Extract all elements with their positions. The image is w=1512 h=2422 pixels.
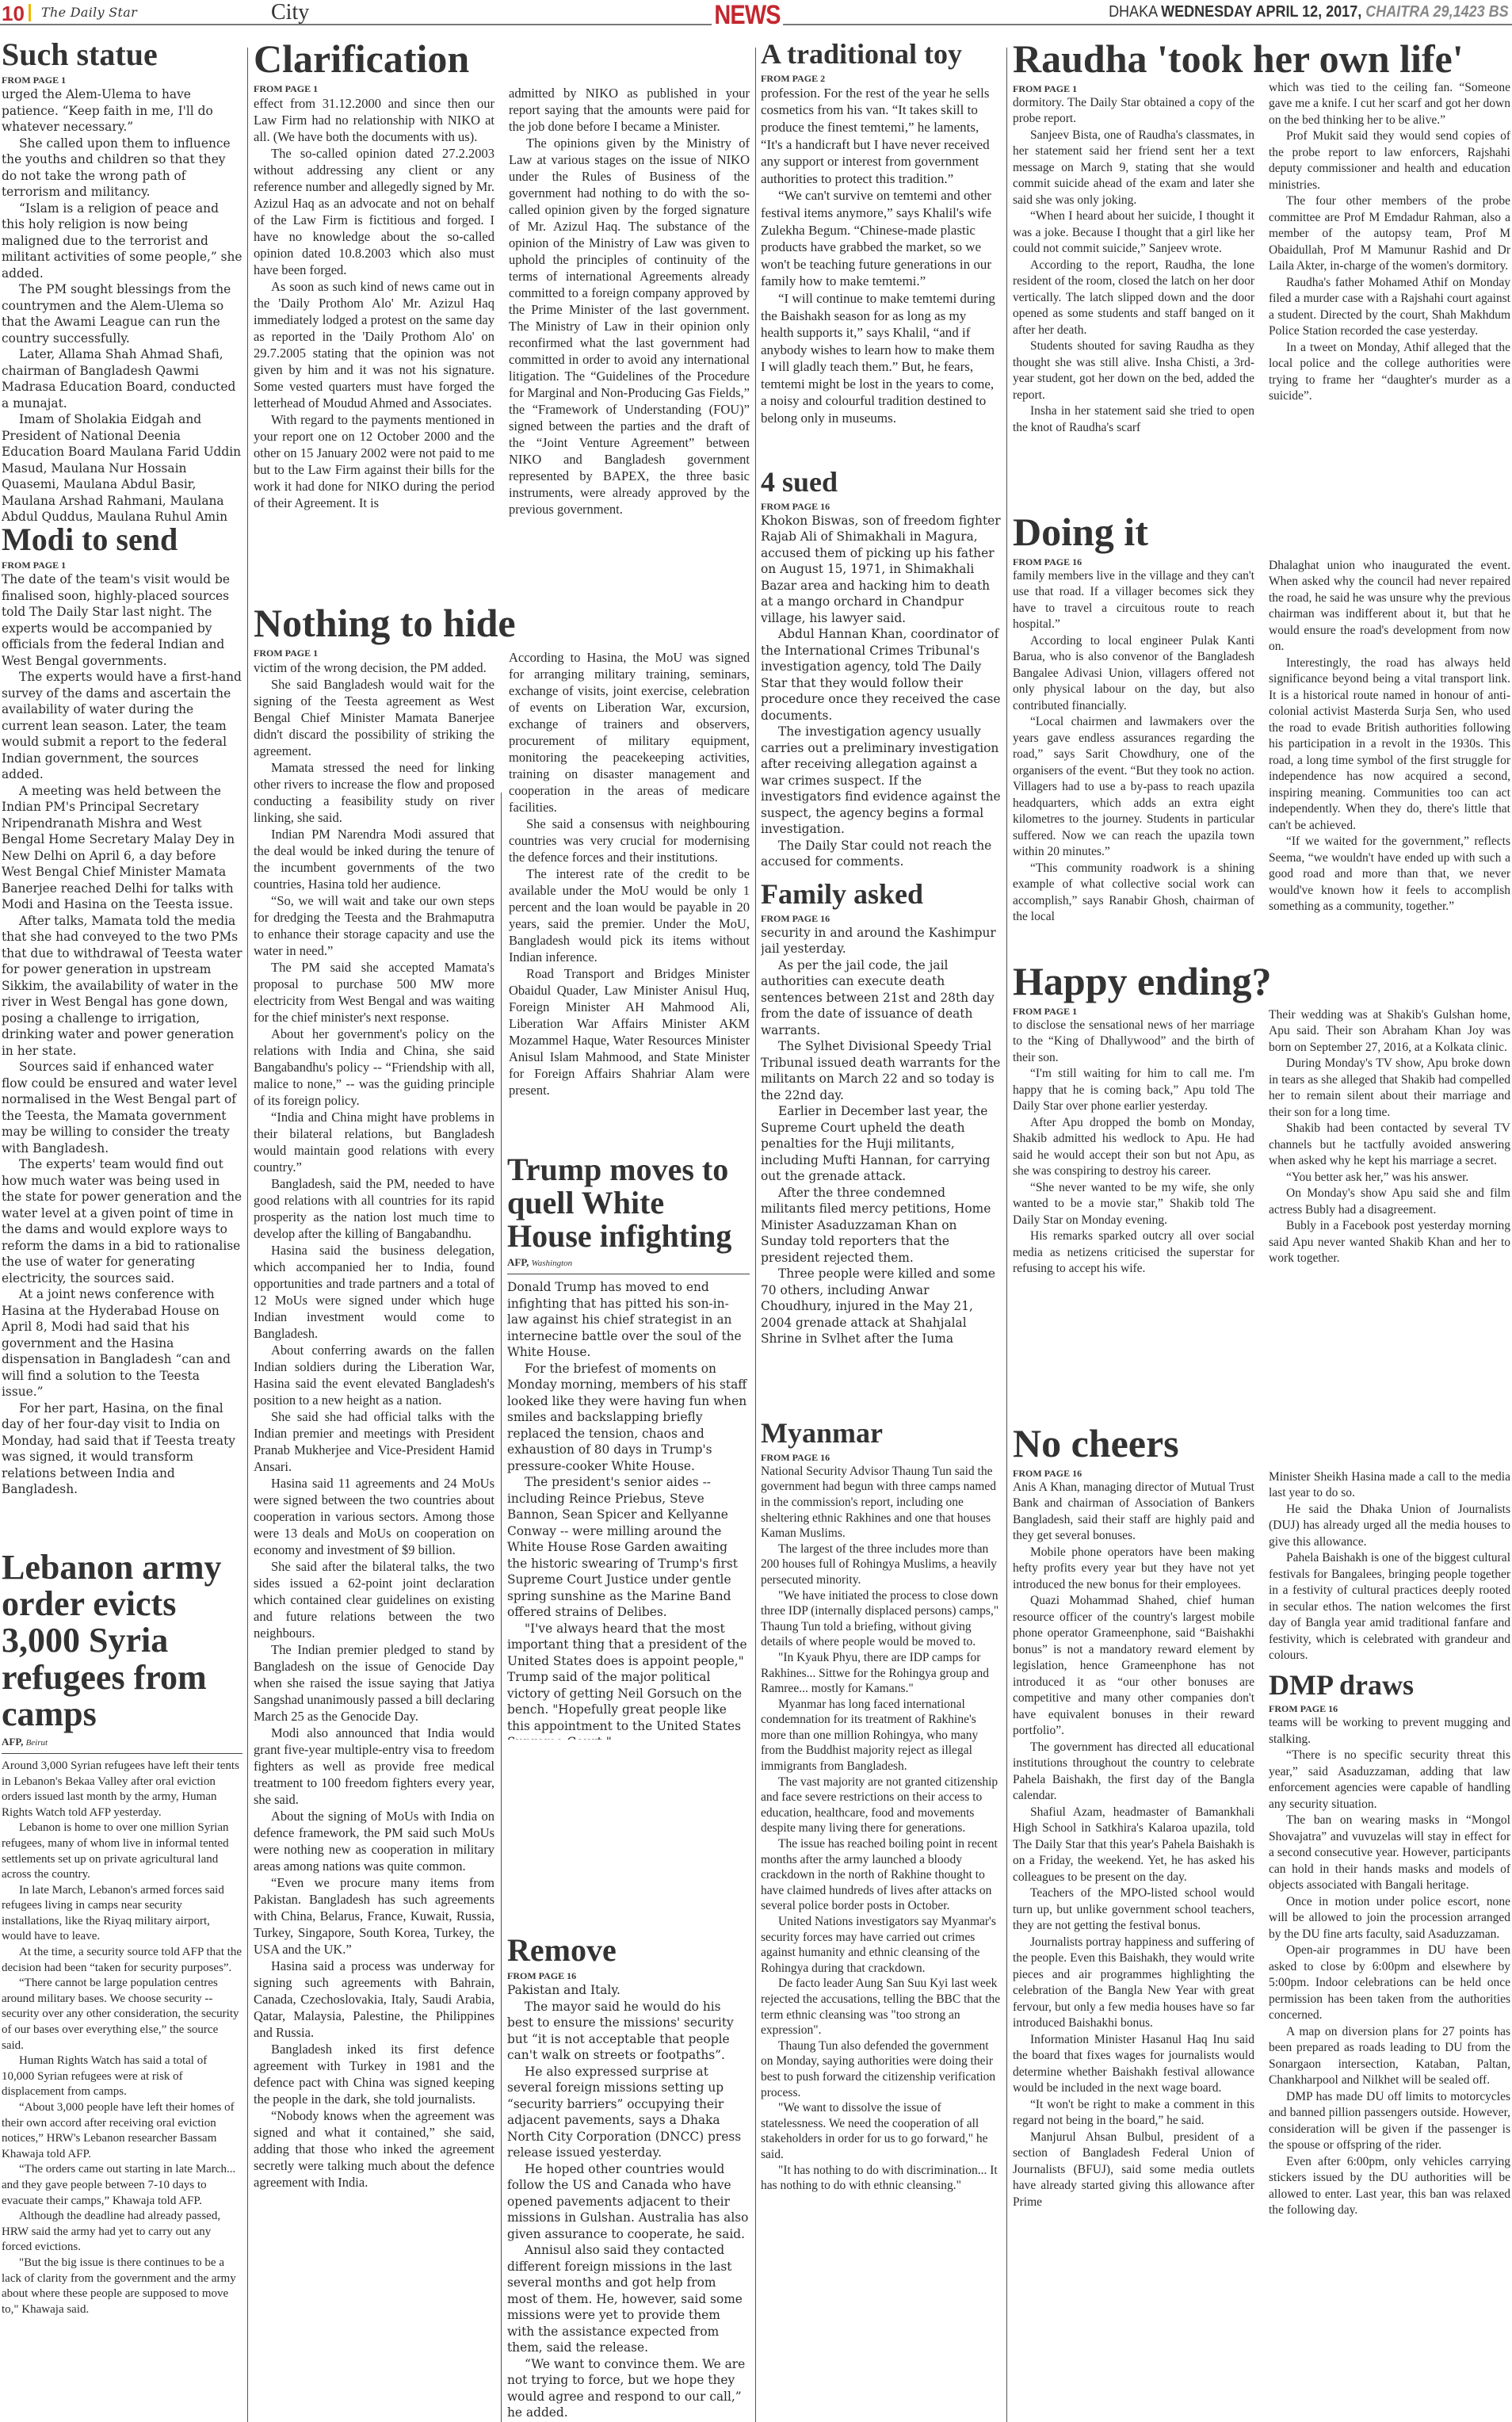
paragraph: Quazi Mohammad Shahed, chief human resou…: [1013, 1593, 1254, 1740]
paragraph: Donald Trump has moved to end infighting…: [507, 1279, 750, 1361]
paragraph: Three people were killed and some 70 oth…: [761, 1266, 1002, 1343]
headline[interactable]: Happy ending?: [1013, 961, 1510, 1003]
paragraph: De facto leader Aung San Suu Kyi last we…: [761, 1976, 1002, 2038]
paragraph: The date of the team's visit would be fi…: [2, 571, 242, 669]
paragraph: According to local engineer Pulak Kanti …: [1013, 633, 1254, 715]
paragraph: “You better ask her,” was his answer.: [1269, 1170, 1510, 1186]
from-page-label: FROM PAGE 16: [1269, 1703, 1510, 1715]
headline[interactable]: Lebanon army order evicts 3,000 Syria re…: [2, 1549, 242, 1732]
paragraph: Anis A Khan, managing director of Mutual…: [1013, 1480, 1254, 1545]
byline-agency: AFP,: [507, 1256, 529, 1268]
paragraph: “She never wanted to be my wife, she onl…: [1013, 1180, 1254, 1229]
paragraph: Dhalaghat union who inaugurated the even…: [1269, 558, 1510, 655]
paragraph: "But the big issue is there continues to…: [2, 2256, 242, 2317]
paragraph: About her government's policy on the rel…: [254, 1026, 494, 1109]
paragraph: which was tied to the ceiling fan. “Some…: [1269, 80, 1510, 129]
from-page-label: FROM PAGE 16: [761, 913, 1002, 925]
from-page-label: FROM PAGE 16: [1013, 556, 1254, 568]
paragraph: Thaung Tun also defended the government …: [761, 2038, 1002, 2100]
paragraph: A meeting was held between the Indian PM…: [2, 783, 242, 913]
paragraph: “There is no specific security threat th…: [1269, 1748, 1510, 1813]
article-body: Khokon Biswas, son of freedom fighter Ra…: [761, 513, 1002, 868]
paragraph: Interestingly, the road has always held …: [1269, 655, 1510, 835]
paragraph: victim of the wrong decision, the PM add…: [254, 659, 494, 676]
byline-place: Washington: [532, 1259, 573, 1268]
paragraph: The Daily Star could not reach the accus…: [761, 838, 1002, 868]
paragraph: Raudha's father Mohamed Athif on Monday …: [1269, 275, 1510, 340]
paragraph: “Nobody knows when the agreement was sig…: [254, 2107, 494, 2191]
paragraph: dormitory. The Daily Star obtained a cop…: [1013, 95, 1254, 128]
from-page-label: FROM PAGE 16: [1013, 1468, 1254, 1480]
paragraph: As soon as such kind of news came out in…: [254, 278, 494, 411]
from-page-label: FROM PAGE 1: [1013, 1006, 1254, 1018]
paragraph: She said Bangladesh would wait for the s…: [254, 676, 494, 759]
paragraph: Mobile phone operators have been making …: [1013, 1545, 1254, 1594]
article-no-cheers: No cheers FROM PAGE 16 Anis A Khan, mana…: [1013, 1423, 1510, 2422]
article-body: National Security Advisor Thaung Tun sai…: [761, 1464, 1002, 2194]
article-body: Around 3,000 Syrian refugees have left t…: [2, 1759, 242, 2317]
paragraph: “This community roadwork is a shining ex…: [1013, 861, 1254, 926]
section-title: City: [271, 0, 309, 25]
paragraph: For her part, Hasina, on the final day o…: [2, 1400, 242, 1498]
paragraph: Minister Sheikh Hasina made a call to th…: [1269, 1469, 1510, 1502]
paragraph: Pahela Baishakh is one of the biggest cu…: [1269, 1550, 1510, 1664]
paragraph: “About 3,000 people have left their home…: [2, 2100, 242, 2162]
paragraph: A map on diversion plans for 27 points h…: [1269, 2024, 1510, 2089]
paragraph: About conferring awards on the fallen In…: [254, 1342, 494, 1408]
dateline: DHAKA WEDNESDAY APRIL 12, 2017, CHAITRA …: [1109, 3, 1509, 21]
paragraph: Modi also announced that India would gra…: [254, 1725, 494, 1808]
paragraph: “We can't survive on temtemi and other f…: [761, 187, 1002, 290]
paragraph: security in and around the Kashimpur jai…: [761, 925, 1002, 957]
article-body: Anis A Khan, managing director of Mutual…: [1013, 1480, 1254, 2211]
article-columns: FROM PAGE 16 Anis A Khan, managing direc…: [1013, 1465, 1510, 2219]
paragraph: Their wedding was at Shakib's Gulshan ho…: [1269, 1007, 1510, 1056]
paragraph: Information Minister Hasanul Haq Inu sai…: [1013, 2032, 1254, 2097]
headline[interactable]: Doing it: [1013, 511, 1510, 553]
article-such-statue: Such statue FROM PAGE 1 urged the Alem-U…: [2, 38, 242, 523]
headline[interactable]: Clarification: [254, 38, 750, 80]
headline[interactable]: Raudha 'took her own life': [1013, 38, 1510, 80]
paragraph: "We want to dissolve the issue of statel…: [761, 2100, 1002, 2162]
article-columns: FROM PAGE 1 dormitory. The Daily Star ob…: [1013, 80, 1510, 437]
paragraph: Imam of Sholakia Eidgah and President of…: [2, 411, 242, 523]
paragraph: Bangladesh inked its first defence agree…: [254, 2041, 494, 2107]
paragraph: “I'm still waiting for him to call me. I…: [1013, 1066, 1254, 1115]
article-remove: Remove FROM PAGE 16 Pakistan and Italy. …: [507, 1934, 750, 2422]
paragraph: “There cannot be large population centre…: [2, 1976, 242, 2053]
from-page-label: FROM PAGE 16: [761, 501, 1002, 513]
paragraph: Teachers of the MPO-listed school would …: [1013, 1885, 1254, 1935]
article-dmp-draws: DMP draws FROM PAGE 16 teams will be wor…: [1269, 1671, 1510, 2219]
paragraph: At the time, a security source told AFP …: [2, 1945, 242, 1976]
paragraph: "It has nothing to do with discriminatio…: [761, 2163, 1002, 2194]
article-body: effect from 31.12.2000 and since then ou…: [254, 95, 494, 511]
paragraph: Open-air programmes in DU have been aske…: [1269, 1943, 1510, 2024]
paragraph: The opinions given by the Ministry of La…: [509, 135, 750, 518]
article-lebanon: Lebanon army order evicts 3,000 Syria re…: [2, 1549, 242, 2421]
paragraph: The experts' team would find out how muc…: [2, 1156, 242, 1286]
paragraph: Sources said if enhanced water flow coul…: [2, 1059, 242, 1156]
paragraph: After talks, Mamata told the media that …: [2, 913, 242, 1060]
paragraph: Students shouted for saving Raudha as th…: [1013, 338, 1254, 403]
paragraph: The so-called opinion dated 27.2.2003 wi…: [254, 145, 494, 278]
paragraph: According to Hasina, the MoU was signed …: [509, 649, 750, 816]
article-body: admitted by NIKO as published in your re…: [509, 85, 750, 518]
byline: AFP, Washington: [507, 1256, 750, 1274]
paragraph: Khokon Biswas, son of freedom fighter Ra…: [761, 513, 1002, 627]
headline[interactable]: Remove: [507, 1934, 750, 1967]
from-page-label: FROM PAGE 1: [2, 560, 242, 571]
paragraph: Hasina said 11 agreements and 24 MoUs we…: [254, 1475, 494, 1558]
paragraph: He said the Dhaka Union of Journalists (…: [1269, 1502, 1510, 1551]
paragraph: "I've always heard that the most importa…: [507, 1621, 750, 1740]
from-page-label: FROM PAGE 2: [761, 73, 1002, 85]
paragraph: “When I heard about her suicide, I thoug…: [1013, 208, 1254, 258]
page-number: 10: [2, 2, 25, 26]
article-trump: Trump moves to quell White House infight…: [507, 1153, 750, 1740]
article-raudha: Raudha 'took her own life' FROM PAGE 1 d…: [1013, 38, 1510, 506]
paragraph: “The orders came out starting in late Ma…: [2, 2162, 242, 2209]
paragraph: During Monday's TV show, Apu broke down …: [1269, 1056, 1510, 1121]
article-body: Dhalaghat union who inaugurated the even…: [1269, 558, 1510, 915]
paragraph: Bubly in a Facebook post yesterday morni…: [1269, 1218, 1510, 1267]
headline[interactable]: Myanmar: [761, 1419, 1002, 1449]
paragraph: DMP has made DU off limits to motorcycle…: [1269, 2089, 1510, 2154]
paragraph: About the signing of MoUs with India on …: [254, 1808, 494, 1874]
paragraph: For the briefest of moments on Monday mo…: [507, 1361, 750, 1475]
article-body: The date of the team's visit would be fi…: [2, 571, 242, 1498]
paragraph: The ban on wearing masks in “Mongol Shov…: [1269, 1813, 1510, 1894]
paragraph: The four other members of the probe comm…: [1269, 193, 1510, 275]
article-myanmar: Myanmar FROM PAGE 16 National Security A…: [761, 1419, 1002, 2422]
paragraph: “Islam is a religion of peace and this h…: [2, 201, 242, 282]
article-happy-ending: Happy ending? FROM PAGE 1 to disclose th…: [1013, 961, 1510, 1412]
headline[interactable]: Such statue: [2, 38, 242, 71]
from-page-label: FROM PAGE 16: [507, 1970, 750, 1982]
paragraph: The experts would have a first-hand surv…: [2, 669, 242, 783]
headline[interactable]: No cheers: [1013, 1423, 1510, 1465]
headline[interactable]: 4 sued: [761, 468, 1002, 498]
headline[interactable]: DMP draws: [1269, 1671, 1510, 1701]
paragraph: Even after 6:00pm, only vehicles carryin…: [1269, 2154, 1510, 2219]
paragraph: “Local chairmen and lawmakers over the y…: [1013, 714, 1254, 861]
paragraph: As per the jail code, the jail authoriti…: [761, 957, 1002, 1039]
paragraph: “We want to convince them. We are not tr…: [507, 2356, 750, 2421]
paragraph: On Monday's show Apu said she and film a…: [1269, 1186, 1510, 1218]
dateline-bengali-date: CHAITRA 29,1423 BS: [1366, 3, 1509, 21]
article-clarification: Clarification FROM PAGE 1 effect from 31…: [254, 38, 750, 593]
publication-logo: The Daily Star: [41, 5, 137, 20]
paragraph: Annisul also said they contacted differe…: [507, 2242, 750, 2356]
paragraph: Earlier in December last year, the Supre…: [761, 1103, 1002, 1185]
article-body: Their wedding was at Shakib's Gulshan ho…: [1269, 1007, 1510, 1267]
paragraph: At a joint news conference with Hasina a…: [2, 1286, 242, 1400]
article-family-asked: Family asked FROM PAGE 16 security in an…: [761, 880, 1002, 1343]
paragraph: Although the deadline had already passed…: [2, 2209, 242, 2256]
article-body: Pakistan and Italy. The mayor said he wo…: [507, 1982, 750, 2421]
paragraph: After the three condemned militants file…: [761, 1185, 1002, 1266]
article-body: which was tied to the ceiling fan. “Some…: [1269, 80, 1510, 405]
paragraph: “If we waited for the government,” refle…: [1269, 834, 1510, 915]
column-divider: [247, 48, 248, 2422]
paragraph: “I will continue to make temtemi during …: [761, 290, 1002, 427]
paragraph: The government has directed all educatio…: [1013, 1740, 1254, 1805]
paragraph: She called upon them to influence the yo…: [2, 136, 242, 201]
paragraph: Later, Allama Shah Ahmad Shafi, chairman…: [2, 346, 242, 411]
paragraph: With regard to the payments mentioned in…: [254, 411, 494, 511]
byline: AFP, Beirut: [2, 1736, 242, 1754]
byline-place: Beirut: [26, 1738, 48, 1748]
paragraph: Mamata stressed the need for linking oth…: [254, 759, 494, 826]
from-page-label: FROM PAGE 1: [2, 74, 242, 86]
paragraph: Hasina said the business delegation, whi…: [254, 1242, 494, 1342]
paragraph: The PM said she accepted Mamata's propos…: [254, 959, 494, 1026]
article-body: Minister Sheikh Hasina made a call to th…: [1269, 1469, 1510, 1664]
paragraph: In a tweet on Monday, Athif alleged that…: [1269, 340, 1510, 405]
paragraph: She said after the bilateral talks, the …: [254, 1558, 494, 1641]
paragraph: The issue has reached boiling point in r…: [761, 1836, 1002, 1914]
from-page-label: FROM PAGE 1: [254, 83, 494, 95]
from-page-label: FROM PAGE 1: [254, 648, 494, 659]
column-divider: [755, 48, 756, 2422]
article-4-sued: 4 sued FROM PAGE 16 Khokon Biswas, son o…: [761, 468, 1002, 868]
article-body: urged the Alem-Ulema to have patience. “…: [2, 86, 242, 523]
paragraph: Abdul Hannan Khan, coordinator of the In…: [761, 626, 1002, 724]
byline-agency: AFP,: [2, 1736, 23, 1748]
page-number-divider: [29, 4, 31, 21]
article-body: profession. For the rest of the year he …: [761, 85, 1002, 427]
paragraph: Insha in her statement said she tried to…: [1013, 403, 1254, 436]
paragraph: The interest rate of the credit to be av…: [509, 865, 750, 965]
article-body: teams will be working to prevent mugging…: [1269, 1715, 1510, 2219]
paragraph: The Indian premier pledged to stand by B…: [254, 1641, 494, 1725]
paragraph: teams will be working to prevent mugging…: [1269, 1715, 1510, 1748]
masthead: 10 The Daily Star City NEWS DHAKA WEDNES…: [0, 0, 1512, 29]
paragraph: She said a consensus with neighbouring c…: [509, 816, 750, 865]
paragraph: to disclose the sensational news of her …: [1013, 1018, 1254, 1067]
article-columns: FROM PAGE 1 effect from 31.12.2000 and s…: [254, 80, 750, 518]
paragraph: He hoped other countries would follow th…: [507, 2161, 750, 2243]
dateline-date: WEDNESDAY APRIL 12, 2017,: [1161, 3, 1361, 21]
paragraph: She said she had official talks with the…: [254, 1408, 494, 1475]
from-page-label: FROM PAGE 16: [761, 1452, 1002, 1464]
paragraph: Around 3,000 Syrian refugees have left t…: [2, 1759, 242, 1820]
paragraph: After Apu dropped the bomb on Monday, Sh…: [1013, 1115, 1254, 1180]
paragraph: National Security Advisor Thaung Tun sai…: [761, 1464, 1002, 1541]
paragraph: The PM sought blessings from the country…: [2, 281, 242, 346]
article-body: victim of the wrong decision, the PM add…: [254, 659, 494, 2191]
paragraph: effect from 31.12.2000 and since then ou…: [254, 95, 494, 145]
headline[interactable]: Nothing to hide: [254, 602, 750, 644]
paragraph: Pakistan and Italy.: [507, 1982, 750, 1999]
paragraph: Sanjeev Bista, one of Raudha's classmate…: [1013, 128, 1254, 209]
article-body: family members live in the village and t…: [1013, 568, 1254, 926]
article-body: According to Hasina, the MoU was signed …: [509, 649, 750, 1098]
paragraph: Road Transport and Bridges Minister Obai…: [509, 965, 750, 1098]
paragraph: Bangladesh, said the PM, needed to have …: [254, 1175, 494, 1242]
news-label: NEWS: [712, 0, 783, 31]
paragraph: The largest of the three includes more t…: [761, 1541, 1002, 1588]
paragraph: United Nations investigators say Myanmar…: [761, 1914, 1002, 1976]
headline[interactable]: Trump moves to quell White House infight…: [507, 1153, 750, 1253]
paragraph: Hasina said a process was underway for s…: [254, 1958, 494, 2041]
paragraph: The president's senior aides -- includin…: [507, 1474, 750, 1621]
paragraph: According to the report, Raudha, the lon…: [1013, 258, 1254, 339]
paragraph: Indian PM Narendra Modi assured that the…: [254, 826, 494, 892]
paragraph: Shakib had been contacted by several TV …: [1269, 1121, 1510, 1170]
paragraph: “Even we procure many items from Pakista…: [254, 1874, 494, 1958]
paragraph: The Sylhet Divisional Speedy Trial Tribu…: [761, 1038, 1002, 1103]
paragraph: His remarks sparked outcry all over soci…: [1013, 1228, 1254, 1278]
article-body: Donald Trump has moved to end infighting…: [507, 1279, 750, 1740]
paragraph: "We have initiated the process to close …: [761, 1588, 1002, 1650]
paragraph: Myanmar has long faced international con…: [761, 1697, 1002, 1774]
paragraph: In late March, Lebanon's armed forces sa…: [2, 1883, 242, 1945]
paragraph: urged the Alem-Ulema to have patience. “…: [2, 86, 242, 136]
paragraph: Journalists portray happiness and suffer…: [1013, 1935, 1254, 2032]
paragraph: The mayor said he would do his best to e…: [507, 1999, 750, 2064]
paragraph: Shafiul Azam, headmaster of Bamankhali H…: [1013, 1805, 1254, 1886]
paragraph: “It won't be right to make a comment in …: [1013, 2097, 1254, 2130]
paragraph: profession. For the rest of the year he …: [761, 85, 1002, 188]
column-divider: [1006, 48, 1007, 2422]
paragraph: Manjurul Ahsan Bulbul, president of a se…: [1013, 2130, 1254, 2211]
article-body: dormitory. The Daily Star obtained a cop…: [1013, 95, 1254, 437]
article-body: security in and around the Kashimpur jai…: [761, 925, 1002, 1343]
paragraph: The investigation agency usually carries…: [761, 724, 1002, 838]
paragraph: “So, we will wait and take our own steps…: [254, 892, 494, 959]
paragraph: He also expressed surprise at several fo…: [507, 2064, 750, 2161]
paragraph: family members live in the village and t…: [1013, 568, 1254, 633]
headline[interactable]: Modi to send: [2, 523, 242, 556]
article-columns: FROM PAGE 1 to disclose the sensational …: [1013, 1003, 1510, 1278]
article-modi-to-send: Modi to send FROM PAGE 1 The date of the…: [2, 523, 242, 1545]
paragraph: Once in motion under police escort, none…: [1269, 1894, 1510, 1943]
dateline-city: DHAKA: [1109, 3, 1157, 21]
article-body: to disclose the sensational news of her …: [1013, 1018, 1254, 1278]
article-traditional-toy: A traditional toy FROM PAGE 2 profession…: [761, 40, 1002, 464]
headline[interactable]: Family asked: [761, 880, 1002, 910]
paragraph: “India and China might have problems in …: [254, 1109, 494, 1175]
headline[interactable]: A traditional toy: [761, 40, 1002, 70]
paragraph: "In Kyauk Phyu, there are IDP camps for …: [761, 1650, 1002, 1697]
article-doing-it: Doing it FROM PAGE 16 family members liv…: [1013, 511, 1510, 955]
paragraph: Prof Mukit said they would send copies o…: [1269, 128, 1510, 193]
paragraph: admitted by NIKO as published in your re…: [509, 85, 750, 135]
paragraph: Human Rights Watch has said a total of 1…: [2, 2053, 242, 2100]
paragraph: Lebanon is home to over one million Syri…: [2, 1820, 242, 1882]
from-page-label: FROM PAGE 1: [1013, 83, 1254, 95]
article-columns: FROM PAGE 16 family members live in the …: [1013, 553, 1510, 926]
paragraph: The vast majority are not granted citize…: [761, 1774, 1002, 1836]
